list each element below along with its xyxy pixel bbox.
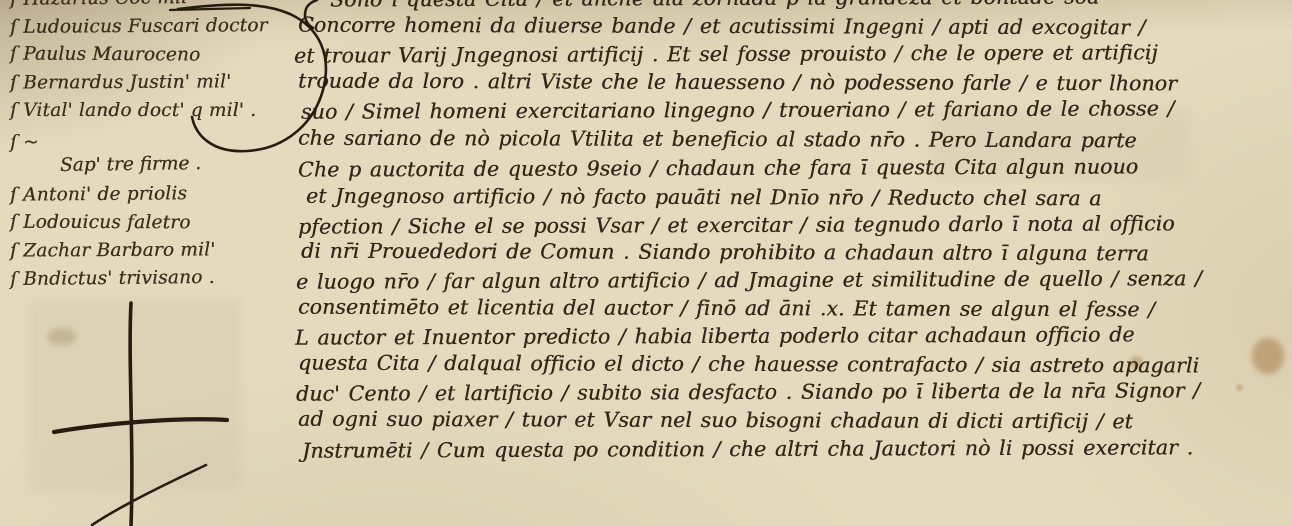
text-line: di nr̄i Prouededori de Comun . Siando pr… [301, 239, 1149, 266]
text-line: che sariano de nò picola Vtilita et bene… [298, 126, 1137, 153]
text-line: e luogo nr̄o / far algun altro artificio… [296, 266, 1202, 293]
text-line: Jnstrumēti / Cum questa po condition / c… [302, 435, 1193, 462]
text-line: Concorre homeni da diuerse bande / et ac… [298, 13, 1146, 40]
text-line: trouade da loro . altri Viste che le hau… [298, 69, 1177, 96]
text-line: Che p auctorita de questo 9seio / chadau… [298, 154, 1138, 181]
text-line: consentimēto et licentia del auctor / fi… [298, 295, 1155, 322]
text-line: L auctor et Inuentor predicto / habia li… [295, 322, 1135, 349]
text-line: questa Cita / dalqual officio el dicto /… [298, 351, 1199, 378]
text-line: et Jngegnoso artificio / nò facto pauāti… [306, 184, 1102, 210]
text-line: pfection / Siche el se possi Vsar / et e… [298, 211, 1175, 238]
text-line: duc' Cento / et lartificio / subito sia … [296, 378, 1200, 405]
text-line: suo / Simel homeni exercitariano lingegn… [301, 96, 1175, 123]
body-text: Sono ī questa Cita / et anche ala zornad… [0, 0, 1292, 526]
text-line: ad ogni suo piaxer / tuor et Vsar nel su… [298, 407, 1133, 434]
text-line: Sono ī questa Cita / et anche ala zornad… [330, 0, 1100, 11]
text-line: et trouar Varij Jngegnosi artificij . Et… [294, 40, 1158, 67]
manuscript-page: ſ Hazarius Coc mil ſ Ludouicus Fuscari d… [0, 0, 1292, 526]
